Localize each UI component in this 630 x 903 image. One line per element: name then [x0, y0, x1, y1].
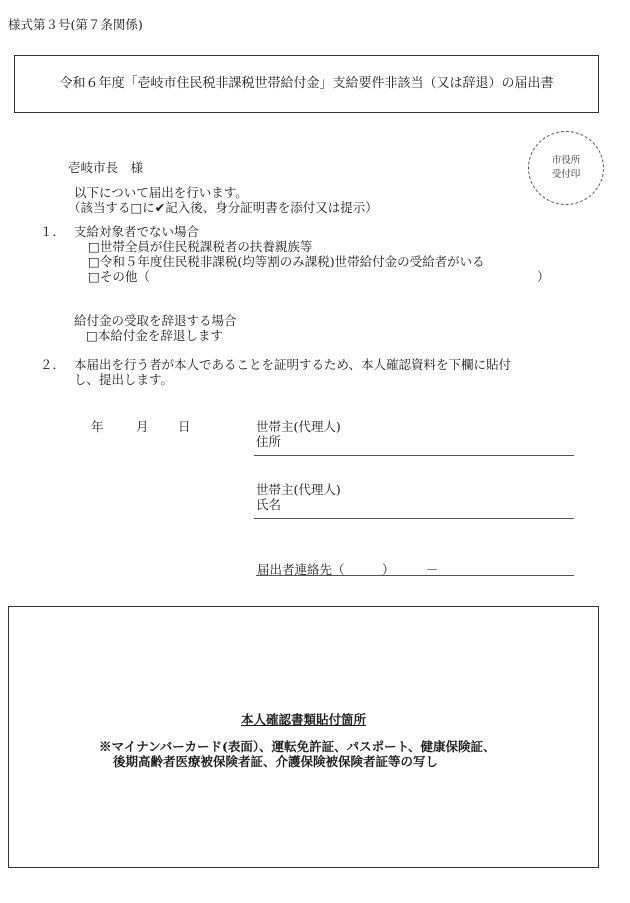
paste-note-line-1: ※マイナンバーカード(表面）、運転免許証、パスポート、健康保険証、 — [99, 739, 496, 754]
option-label: 世帯全員が住民税課税者の扶養親族等 — [100, 239, 313, 254]
date-month: 月 — [136, 419, 149, 434]
paste-area-note: ※マイナンバーカード(表面）、運転免許証、パスポート、健康保険証、 後期高齢者医… — [99, 739, 496, 769]
paste-note-line-2: 後期高齢者医療被保険者証、介護保険被保険者証等の写し — [99, 754, 496, 769]
option-dependent[interactable]: □世帯全員が住民税課税者の扶養親族等 — [88, 239, 312, 254]
option-prior-recipient[interactable]: □令和５年度住民税非課税(均等割のみ課税)世帯給付金の受給者がいる — [88, 254, 485, 269]
paste-area-title: 本人確認書類貼付箇所 — [9, 712, 598, 727]
name-field-line[interactable] — [254, 518, 574, 519]
intro-line-2: （該当する□に✔記入後、身分証明書を添付又は提示） — [68, 200, 378, 215]
decline-heading: 給付金の受取を辞退する場合 — [74, 313, 237, 328]
checkbox[interactable]: □ — [88, 269, 100, 284]
option-decline[interactable]: □本給付金を辞退します — [86, 328, 223, 343]
name-label-2: 氏名 — [256, 497, 281, 512]
section2-number: ２． — [40, 357, 65, 372]
section1-number: １． — [40, 224, 65, 239]
option-label: 本給付金を辞退します — [98, 328, 223, 343]
address-label-2: 住所 — [256, 434, 281, 449]
stamp-label-1: 市役所 — [529, 154, 603, 168]
date-day: 日 — [178, 419, 191, 434]
document-title: 令和６年度「壱岐市住民税非課税世帯給付金」支給要件非該当（又は辞退）の届出書 — [15, 76, 598, 91]
option-other-close-paren: ） — [537, 269, 550, 284]
date-year: 年 — [91, 419, 104, 434]
checkbox[interactable]: □ — [88, 239, 100, 254]
form-number: 様式第３号(第７条関係) — [8, 17, 143, 32]
name-label-1: 世帯主(代理人) — [256, 482, 341, 497]
section2-line-1: 本届出を行う者が本人であることを証明するため、本人確認資料を下欄に貼付 — [74, 357, 511, 372]
address-field-line[interactable] — [254, 455, 574, 456]
stamp-label-2: 受付印 — [529, 168, 603, 182]
title-box: 令和６年度「壱岐市住民税非課税世帯給付金」支給要件非該当（又は辞退）の届出書 — [14, 55, 599, 113]
id-document-paste-area: 本人確認書類貼付箇所 ※マイナンバーカード(表面）、運転免許証、パスポート、健康… — [8, 606, 599, 868]
intro-line-1: 以下について届出を行います。 — [74, 185, 248, 200]
reception-stamp-area: 市役所 受付印 — [528, 131, 604, 205]
option-other[interactable]: □その他（ — [88, 269, 150, 284]
option-label: 令和５年度住民税非課税(均等割のみ課税)世帯給付金の受給者がいる — [100, 254, 485, 269]
contact-field-line[interactable] — [256, 575, 574, 576]
address-label-1: 世帯主(代理人) — [256, 419, 341, 434]
option-label: その他（ — [100, 269, 150, 284]
section1-heading: 支給対象者でない場合 — [74, 224, 199, 239]
checkbox[interactable]: □ — [88, 254, 100, 269]
checkbox[interactable]: □ — [86, 328, 98, 343]
section2-line-2: し、提出します。 — [74, 372, 173, 387]
addressee: 壱岐市長 様 — [68, 160, 143, 175]
